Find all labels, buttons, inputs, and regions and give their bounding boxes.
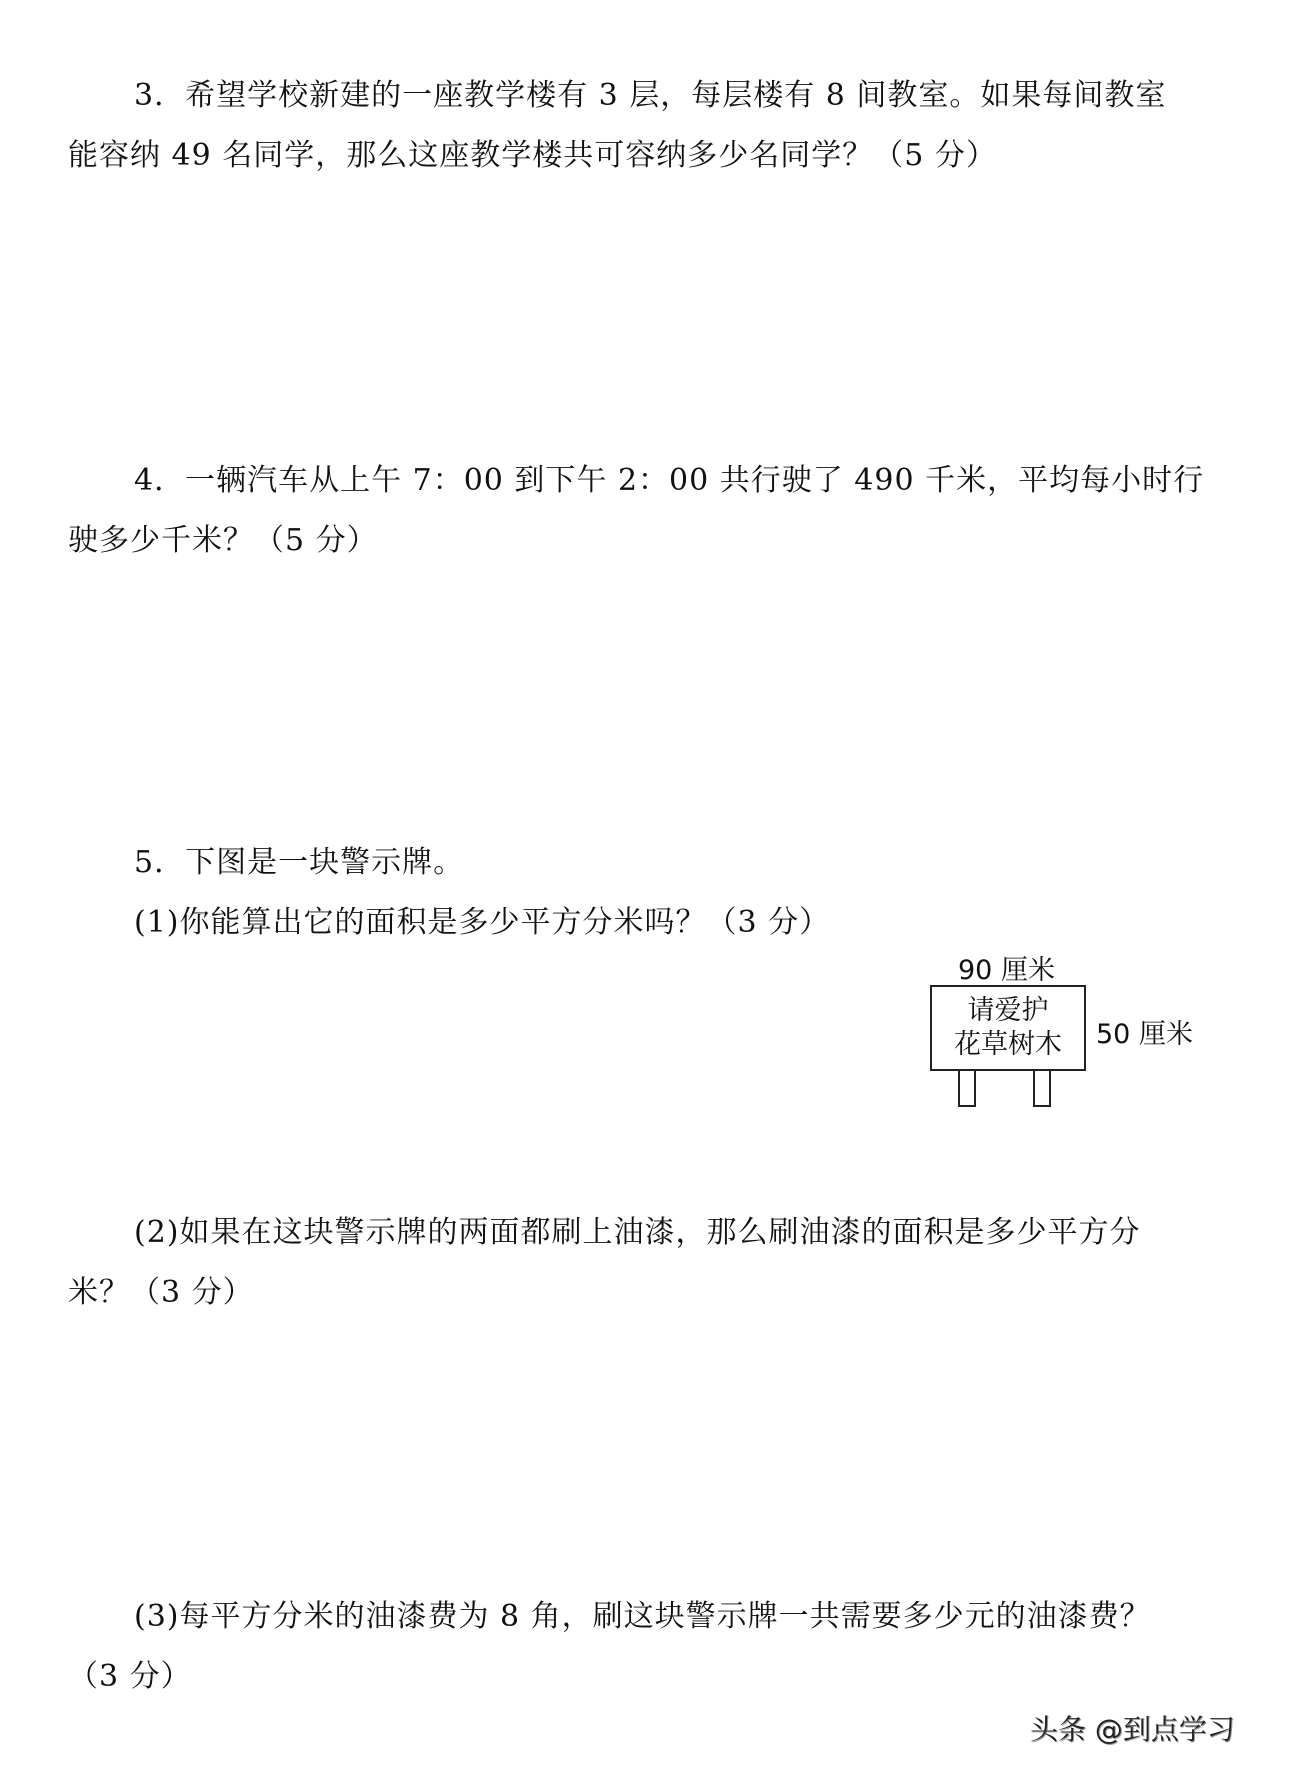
sign-text-line2: 花草树木: [954, 1028, 1062, 1062]
q3-line1: 3．希望学校新建的一座教学楼有 3 层，每层楼有 8 间教室。如果每间教室: [134, 76, 1166, 116]
q4-line1: 4．一辆汽车从上午 7：00 到下午 2：00 共行驶了 490 千米，平均每小…: [134, 461, 1204, 501]
q5-part2-line1: (2)如果在这块警示牌的两面都刷上油漆，那么刷油漆的面积是多少平方分: [134, 1213, 1141, 1253]
q5-part3-line1: (3)每平方分米的油漆费为 8 角，刷这块警示牌一共需要多少元的油漆费？: [134, 1597, 1151, 1637]
sign-width-label: 90 厘米: [958, 948, 1055, 987]
sign-leg-left: [958, 1071, 976, 1107]
watermark: 头条 @到点学习: [1030, 1708, 1235, 1748]
sign-height-label: 50 厘米: [1096, 1012, 1193, 1051]
sign-text-line1: 请爱护: [968, 994, 1049, 1028]
q5-part1: (1)你能算出它的面积是多少平方分米吗？（3 分）: [134, 903, 830, 943]
q5-part3-line2: （3 分）: [68, 1657, 192, 1697]
sign-board: 请爱护 花草树木: [930, 985, 1086, 1071]
q5-part2-line2: 米？（3 分）: [68, 1273, 254, 1313]
q3-line2: 能容纳 49 名同学，那么这座教学楼共可容纳多少名同学？（5 分）: [68, 136, 997, 176]
sign-leg-right: [1033, 1071, 1051, 1107]
q4-line2: 驶多少千米？（5 分）: [68, 521, 378, 561]
q5-title: 5．下图是一块警示牌。: [134, 843, 464, 883]
